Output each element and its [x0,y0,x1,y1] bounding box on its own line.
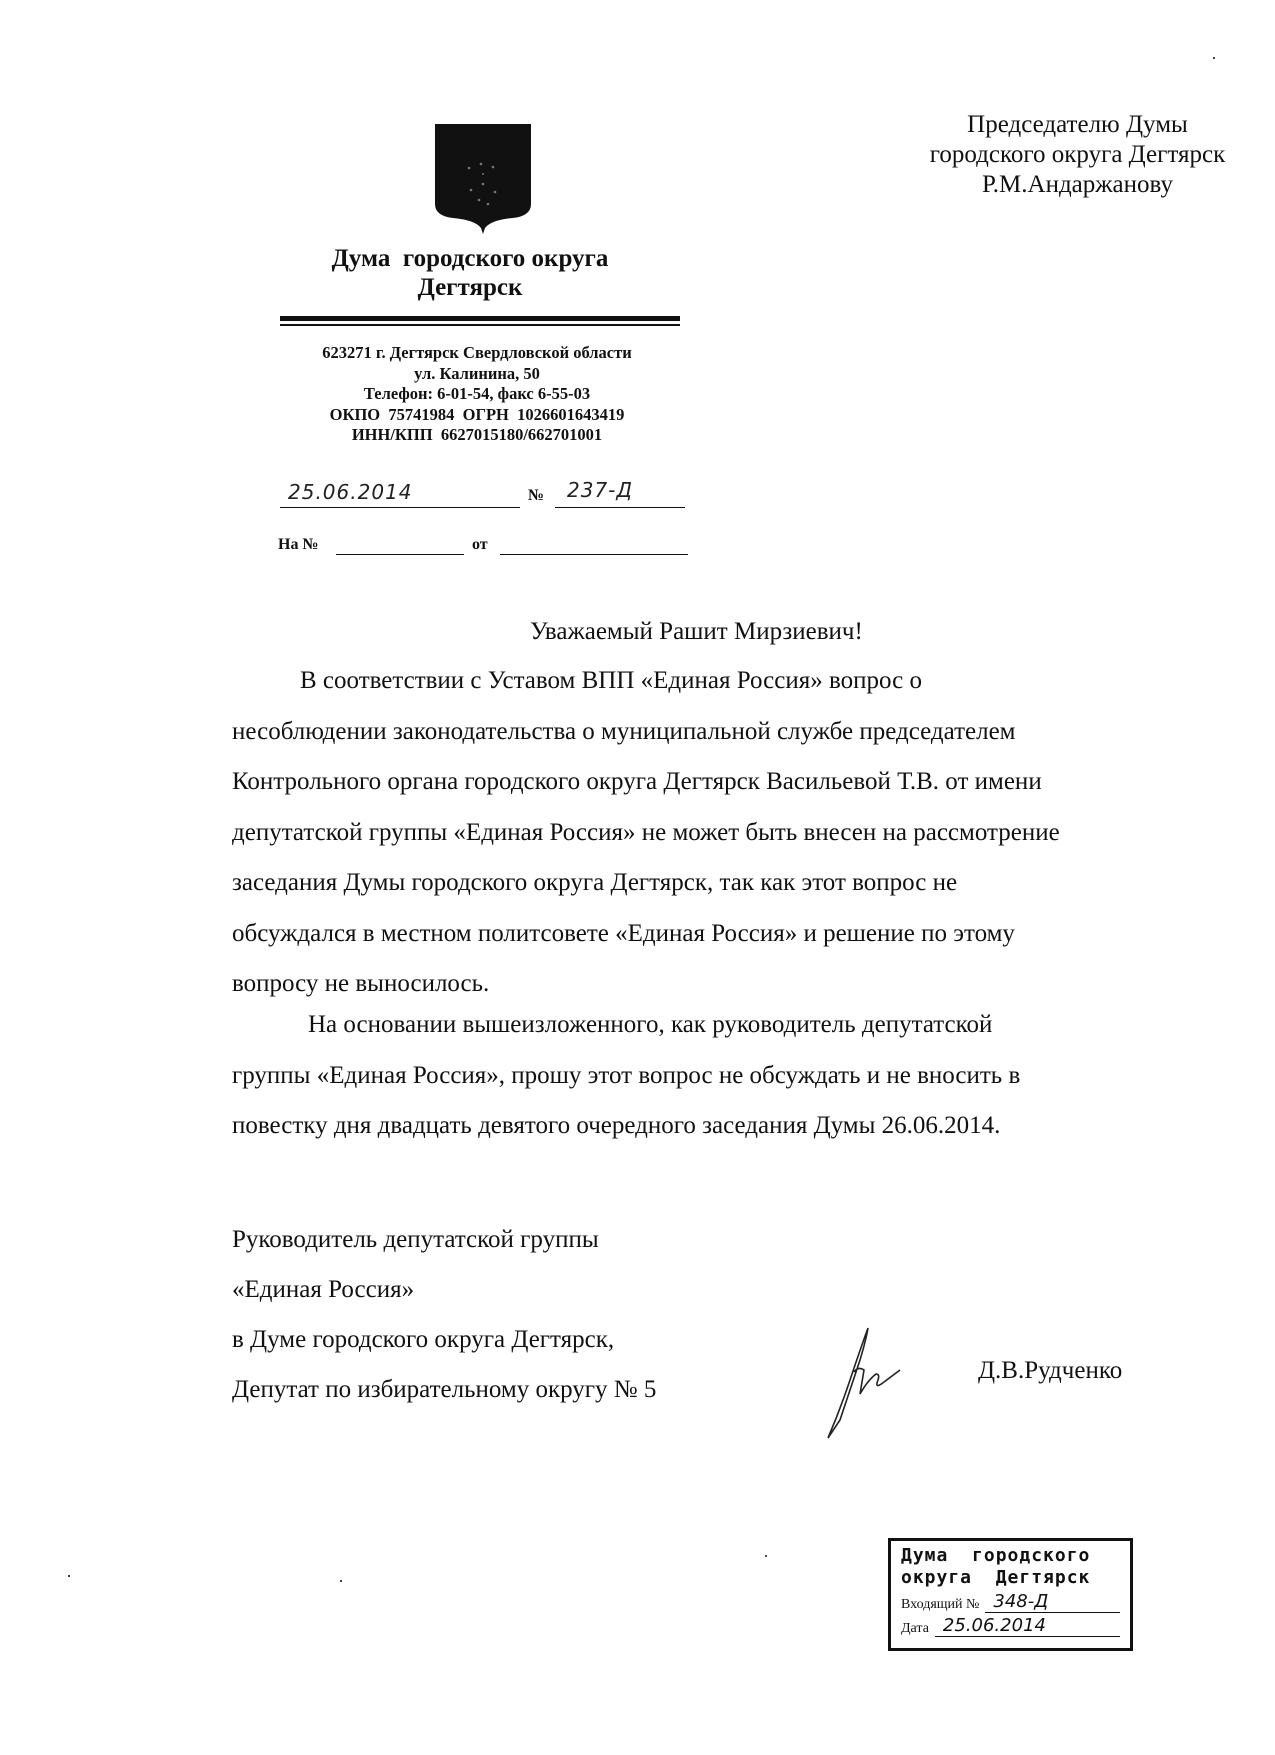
paragraph-line: группы «Единая Россия», прошу этот вопро… [232,1051,1232,1102]
paragraph-line: В соответствии с Уставом ВПП «Единая Рос… [232,656,1232,707]
paragraph-line: заседания Думы городского округа Дегтярс… [232,858,1232,909]
stamp-org-line1: Дума городского [901,1545,1120,1567]
stamp-date-row: Дата 25.06.2014 [901,1615,1120,1637]
stamp-incoming-row: Входящий № 348-Д [901,1591,1120,1613]
paragraph-line: На основании вышеизложенного, как руково… [232,1000,1232,1051]
paragraph-line: обсуждался в местном политсовете «Единая… [232,909,1232,960]
salutation: Уважаемый Рашит Мирзиевич! [530,618,863,646]
scan-speck [68,1575,70,1577]
phone-line: Телефон: 6-01-54, факс 6-55-03 [262,384,692,405]
signer-title-line: в Думе городского округа Дегтярск, [232,1315,656,1365]
outgoing-date-field: 25.06.2014 [280,480,520,508]
signer-title-line: Депутат по избирательному округу № 5 [232,1365,656,1415]
outgoing-number-field: 237-Д [555,480,685,508]
recipient-line: городского округа Дегтярск [880,140,1275,170]
org-name-line2: Дегтярск [260,273,680,302]
stamp-date-label: Дата [901,1621,929,1637]
okpo-line: ОКПО 75741984 ОГРН 1026601643419 [262,405,692,426]
paragraph-line: депутатской группы «Единая Россия» не мо… [232,808,1232,859]
incoming-stamp: Дума городского округа Дегтярск Входящий… [888,1538,1133,1651]
recipient-line: Председателю Думы [880,110,1275,140]
scan-speck [340,1580,342,1582]
letterhead-rule-thick [280,316,680,321]
stamp-incoming-number: 348-Д [985,1591,1120,1613]
number-label: № [528,487,544,505]
handwritten-signature-icon [780,1320,930,1450]
scan-speck [765,1555,767,1557]
outgoing-date: 25.06.2014 [288,480,413,504]
from-label: от [472,536,488,554]
stamp-date-value: 25.06.2014 [935,1615,1120,1637]
inn-line: ИНН/КПП 6627015180/662701001 [262,425,692,446]
outgoing-number: 237-Д [567,478,633,502]
reply-to-row: На № от [278,534,688,558]
organization-name: Дума городского округа Дегтярск [260,244,680,302]
signer-title-line: Руководитель депутатской группы [232,1215,656,1265]
scan-speck [1213,57,1215,59]
recipient-block: Председателю Думы городского округа Дегт… [880,110,1275,200]
paragraph-line: повестку дня двадцать девятого очередног… [232,1101,1232,1152]
address-line: 623271 г. Дегтярск Свердловской области [262,343,692,364]
recipient-line: Р.М.Андаржанову [880,170,1275,200]
signer-title-line: «Единая Россия» [232,1265,656,1315]
outgoing-registration: 25.06.2014 № 237-Д [280,480,685,510]
stamp-incoming-label: Входящий № [901,1597,979,1613]
paragraph-line: несоблюдении законодательства о муниципа… [232,707,1232,758]
street-line: ул. Калинина, 50 [262,364,692,385]
signature-block: Руководитель депутатской группы «Единая … [232,1215,656,1415]
reply-to-number-field [336,534,464,555]
reply-to-label: На № [278,536,319,554]
body-paragraph-2: На основании вышеизложенного, как руково… [232,1000,1232,1152]
letterhead-rule-thin [280,324,680,326]
organization-contacts: 623271 г. Дегтярск Свердловской области … [262,343,692,446]
reply-to-date-field [500,534,688,555]
coat-of-arms-icon [433,124,533,239]
signer-name: Д.В.Рудченко [978,1357,1122,1385]
org-name-line1: Дума городского округа [260,244,680,273]
paragraph-line: Контрольного органа городского округа Де… [232,757,1232,808]
stamp-org-line2: округа Дегтярск [901,1567,1120,1589]
body-paragraph-1: В соответствии с Уставом ВПП «Единая Рос… [232,656,1232,1010]
